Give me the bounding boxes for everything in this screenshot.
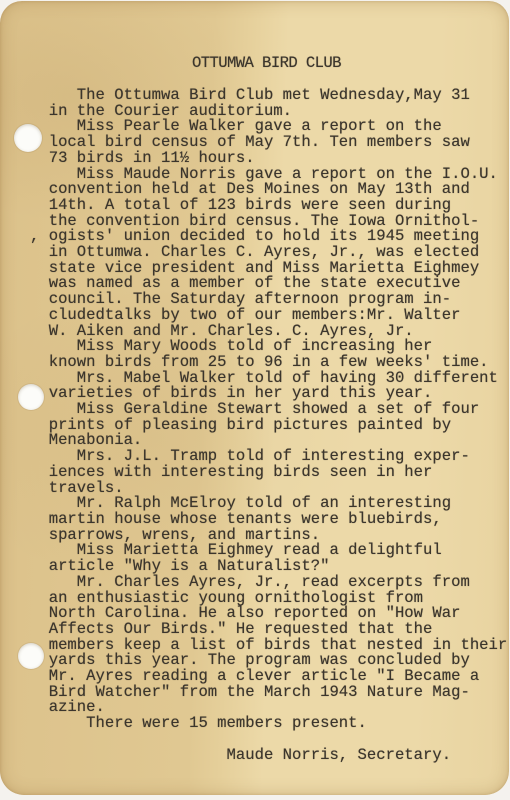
document-page: OTTUMWA BIRD CLUB The Ottumwa Bird Club …	[0, 1, 509, 795]
document-body: The Ottumwa Bird Club met Wednesday,May …	[30, 88, 507, 763]
scanned-document: OTTUMWA BIRD CLUB The Ottumwa Bird Club …	[0, 0, 510, 800]
document-title: OTTUMWA BIRD CLUB	[192, 56, 341, 72]
